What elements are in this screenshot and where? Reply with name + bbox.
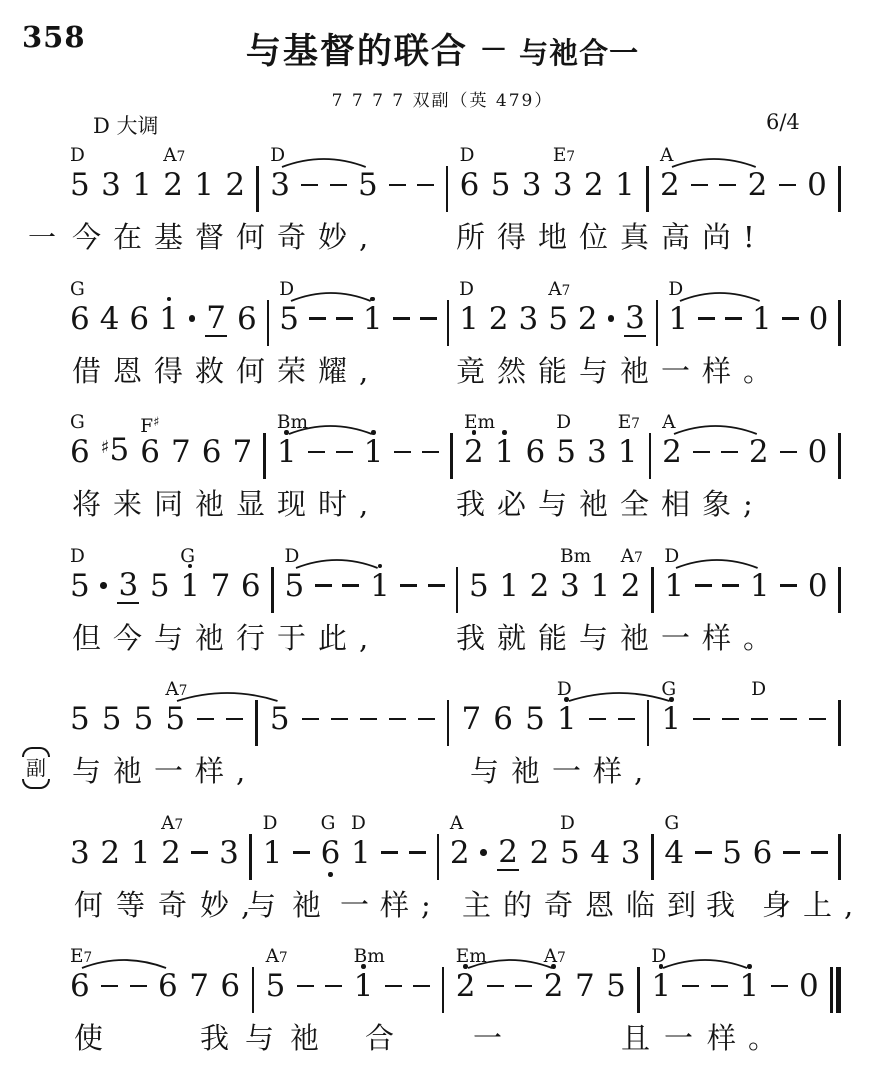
- note-1: 1: [651, 969, 671, 1003]
- lyric-row: 一今在基督何奇妙,所得地位真高尚!: [0, 217, 885, 263]
- lyric-text: 祂: [290, 1018, 331, 1058]
- note-6: 6: [241, 569, 261, 603]
- music-system-7: 6676512275110使我与祂合一且一样。E7A7BmEmA7D: [0, 947, 885, 1081]
- lyric-text: 使: [74, 1018, 115, 1058]
- note-digit: 5: [70, 168, 90, 202]
- note-1: 1: [618, 435, 638, 469]
- barline: [456, 567, 459, 613]
- chord-label: E7: [553, 146, 575, 167]
- note-2: 2: [489, 302, 509, 336]
- note-5: 5: [358, 168, 378, 202]
- duration-dash: [418, 718, 435, 721]
- barline: [649, 433, 652, 479]
- note-digit: 2: [100, 836, 120, 870]
- duration-dash: [422, 451, 439, 454]
- duration-dash: [693, 718, 710, 721]
- note-digit: 7: [189, 969, 209, 1003]
- note-digit: 5: [560, 836, 580, 870]
- barline: [271, 567, 274, 613]
- lyric-text: 祂: [292, 885, 333, 925]
- note-digit: 1: [590, 569, 610, 603]
- chord-label: E7: [618, 413, 640, 434]
- note-digit: 3: [522, 168, 542, 202]
- lyric-text: 身上,: [762, 885, 865, 925]
- tie-arc: [674, 555, 760, 570]
- note-digit: 6: [237, 302, 257, 336]
- duration-dash: [428, 584, 445, 587]
- note-digit: 1: [363, 302, 383, 336]
- note-0: 0: [799, 969, 819, 1003]
- note-5: 5: [165, 702, 185, 736]
- chord-extension: 7: [177, 149, 186, 165]
- marker-arc-bottom: [22, 779, 50, 789]
- note-1: 1: [351, 836, 371, 870]
- note-digit: 6: [460, 168, 480, 202]
- chord-extension: 7: [174, 817, 183, 833]
- note-digit: 0: [808, 435, 828, 469]
- note-digit: 1: [750, 569, 770, 603]
- note-digit: 1: [499, 569, 519, 603]
- note-digit: 7: [462, 702, 482, 736]
- note-2: 2: [584, 168, 604, 202]
- duration-dash: [780, 451, 797, 454]
- note-digit: 3: [621, 836, 641, 870]
- note-digit: 1: [739, 969, 759, 1003]
- note-3: 3: [587, 435, 607, 469]
- note-digit: 1: [180, 569, 200, 603]
- music-system-3: 6♯5676711216531220将来同祂显现时,我必与祂全相象;GF♯BmE…: [0, 413, 885, 547]
- duration-dash: [515, 985, 532, 988]
- note-digit: 2: [225, 168, 245, 202]
- note-digit: 1: [615, 168, 635, 202]
- note-digit: 2: [621, 569, 641, 603]
- barline: [637, 967, 640, 1013]
- note-digit: 3: [101, 168, 121, 202]
- tie-arc: [670, 154, 758, 169]
- duration-dash: [771, 985, 788, 988]
- note-digit: 5: [358, 168, 378, 202]
- duration-dash: [682, 985, 699, 988]
- note-2: 2: [621, 569, 641, 603]
- note-2: 2: [544, 969, 564, 1003]
- duration-dash: [130, 985, 147, 988]
- note-2: 2: [161, 836, 181, 870]
- note-digit: 0: [799, 969, 819, 1003]
- note-5: 5: [70, 702, 90, 736]
- duration-dash: [751, 718, 768, 721]
- duration-dash: [721, 451, 738, 454]
- chord-label: A7: [163, 146, 185, 167]
- note-1: 1: [557, 702, 577, 736]
- lyric-text: 等: [116, 885, 157, 925]
- note-1: 1: [194, 168, 214, 202]
- note-3: 3: [70, 836, 90, 870]
- note-digit: 5: [165, 702, 185, 736]
- note-digit: 2: [161, 836, 181, 870]
- duration-dash: [393, 317, 410, 320]
- duration-dash: [315, 584, 332, 587]
- lyric-text: 今在基督何奇: [72, 217, 318, 257]
- note-digit: 5: [606, 969, 626, 1003]
- music-system-1: 53121235653321220一今在基督何奇妙,所得地位真高尚!DA7DDE…: [0, 146, 885, 280]
- note-digit: 6: [202, 435, 222, 469]
- lyric-text: 主的奇恩临到: [462, 885, 708, 925]
- note-2: 2: [497, 835, 519, 871]
- lyric-text: 我: [706, 885, 747, 925]
- duration-dash: [780, 584, 797, 587]
- note-digit: 6: [526, 435, 546, 469]
- note-digit: 1: [364, 435, 384, 469]
- note-row: 5555576511: [70, 702, 841, 736]
- note-6: 6: [70, 435, 90, 469]
- note-5: 5: [722, 836, 742, 870]
- note-digit: 3: [553, 168, 573, 202]
- duration-dash: [385, 985, 402, 988]
- note-1: 1: [750, 569, 770, 603]
- barline: [263, 433, 266, 479]
- duration-dash: [101, 985, 118, 988]
- note-digit: 1: [351, 836, 371, 870]
- time-signature: 6/4: [766, 110, 800, 134]
- chord-label: G: [321, 814, 336, 834]
- duration-dash: [389, 184, 406, 187]
- note-digit: 7: [211, 569, 231, 603]
- chord-extension: 7: [279, 950, 288, 966]
- duration-dash: [336, 317, 353, 320]
- note-1: 1: [277, 435, 297, 469]
- barline: [252, 967, 255, 1013]
- barline: [447, 300, 450, 346]
- note-1: 1: [132, 168, 152, 202]
- note-3: 3: [553, 168, 573, 202]
- note-digit: 5: [102, 702, 122, 736]
- duration-dash: [618, 718, 635, 721]
- note-digit: 6: [70, 435, 90, 469]
- barline: [651, 567, 654, 613]
- note-6: 6: [460, 168, 480, 202]
- note-digit: 3: [117, 568, 139, 604]
- note-1: 1: [180, 569, 200, 603]
- duration-dash: [325, 985, 342, 988]
- duration-dash: [809, 718, 826, 721]
- chord-label: A7: [548, 280, 570, 301]
- note-digit: 1: [557, 702, 577, 736]
- note-1: 1: [495, 435, 515, 469]
- duration-dash: [342, 584, 359, 587]
- duration-dash: [589, 718, 606, 721]
- lyric-text: 耀,: [318, 351, 380, 391]
- duration-dash: [331, 718, 348, 721]
- chord-label: G: [70, 280, 85, 300]
- chord-sharp-icon: ♯: [153, 415, 159, 430]
- note-3: 3: [621, 836, 641, 870]
- duration-dash: [400, 584, 417, 587]
- note-digit: 5: [525, 702, 545, 736]
- duration-dash: [409, 851, 426, 854]
- tie-arc: [80, 955, 168, 970]
- duration-dash: [719, 184, 736, 187]
- note-6: 6: [493, 702, 513, 736]
- lyric-row: 将来同祂显现时,我必与祂全相象;: [0, 484, 885, 530]
- note-5: 5: [70, 569, 90, 603]
- note-6: 6: [129, 302, 149, 336]
- note-digit: 5: [722, 836, 742, 870]
- tie-arc: [294, 555, 380, 570]
- note-7: 7: [189, 969, 209, 1003]
- note-digit: 1: [263, 836, 283, 870]
- lyric-text: 何: [74, 885, 115, 925]
- chord-label: D: [556, 413, 571, 433]
- tie-arc: [567, 688, 672, 703]
- note-5: 5: [150, 569, 170, 603]
- note-7: 7: [211, 569, 231, 603]
- note-digit: 2: [660, 168, 680, 202]
- duration-dash: [695, 584, 712, 587]
- note-digit: 0: [807, 168, 827, 202]
- note-row: 53517651512312110: [70, 569, 841, 603]
- note-digit: 3: [624, 301, 646, 337]
- lyric-row: 借恩得救何荣耀,竟然能与祂一样。: [0, 351, 885, 397]
- duration-dash: [191, 851, 208, 854]
- note-digit: 1: [132, 168, 152, 202]
- duration-dash: [783, 851, 800, 854]
- chord-label: D: [351, 814, 366, 834]
- chord-label: A7: [266, 947, 288, 968]
- lyric-text: 一: [664, 1018, 705, 1058]
- note-digit: 3: [560, 569, 580, 603]
- note-digit: 5: [70, 569, 90, 603]
- note-3: 3: [101, 168, 121, 202]
- note-digit: 1: [618, 435, 638, 469]
- note-2: 2: [530, 569, 550, 603]
- hymn-sheet-page: { "page": { "background": "#ffffff", "in…: [0, 0, 885, 1081]
- chord-label: G: [180, 547, 195, 567]
- note-digit: 5: [134, 702, 154, 736]
- title-separator-dash: －: [479, 33, 507, 66]
- chord-label: G: [664, 814, 679, 834]
- note-digit: 6: [140, 435, 160, 469]
- note-6: 6: [70, 302, 90, 336]
- note-1: 1: [459, 302, 479, 336]
- duration-dash: [308, 451, 325, 454]
- augmentation-dot: [480, 849, 487, 856]
- lyric-text: 合: [365, 1018, 406, 1058]
- note-2: 2: [456, 969, 476, 1003]
- barline: [838, 166, 841, 212]
- duration-dash: [725, 317, 742, 320]
- note-1: 1: [668, 302, 688, 336]
- note-6: 6: [526, 435, 546, 469]
- note-4: 4: [100, 302, 120, 336]
- note-2: 2: [530, 836, 550, 870]
- duration-dash: [389, 718, 406, 721]
- note-digit: 1: [651, 969, 671, 1003]
- lyric-text: 象;: [702, 484, 765, 524]
- duration-dash: [698, 317, 715, 320]
- barline: [267, 300, 270, 346]
- chord-label: D: [263, 814, 278, 834]
- note-0: 0: [809, 302, 829, 336]
- note-digit: 6: [129, 302, 149, 336]
- duration-dash: [487, 985, 504, 988]
- chord-label: Bm: [354, 947, 385, 967]
- title-line: 与基督的联合 － 与祂合一: [0, 24, 885, 74]
- note-digit: 6: [493, 702, 513, 736]
- duration-dash: [695, 851, 712, 854]
- lyric-text: 我: [200, 1018, 241, 1058]
- duration-dash: [381, 851, 398, 854]
- note-digit: 3: [587, 435, 607, 469]
- note-1: 1: [370, 569, 390, 603]
- tie-arc: [287, 421, 374, 436]
- sharp-icon: ♯: [101, 437, 110, 458]
- note-digit: 3: [70, 836, 90, 870]
- note-digit: 4: [664, 836, 684, 870]
- lyric-text: 所得地位真高: [456, 217, 702, 257]
- note-5: 5: [548, 302, 568, 336]
- note-digit: 0: [809, 302, 829, 336]
- note-5: 5: [491, 168, 511, 202]
- note-digit: 1: [664, 569, 684, 603]
- tie-arc: [678, 288, 762, 303]
- note-1: 1: [615, 168, 635, 202]
- chord-extension: 7: [634, 550, 643, 566]
- duration-dash: [197, 718, 214, 721]
- note-digit: 2: [497, 835, 519, 871]
- duration-dash: [336, 451, 353, 454]
- lyric-text: 奇: [158, 885, 199, 925]
- octave-dot-above: [502, 430, 507, 435]
- note-digit: 1: [668, 302, 688, 336]
- chord-label: D: [459, 280, 474, 300]
- tie-arc: [466, 955, 554, 970]
- note-1: 1: [664, 569, 684, 603]
- note-6: 6: [753, 836, 773, 870]
- lyric-text: 此,: [318, 618, 380, 658]
- note-digit: 6: [220, 969, 240, 1003]
- tie-arc: [280, 154, 368, 169]
- note-5: 5: [279, 302, 299, 336]
- barline: [838, 567, 841, 613]
- note-2: 2: [163, 168, 183, 202]
- duration-dash: [301, 184, 318, 187]
- lyric-text: 与: [245, 1018, 286, 1058]
- final-barline: [830, 967, 841, 1013]
- lyric-text: 样;: [380, 885, 443, 925]
- lyric-text: 时,: [318, 484, 380, 524]
- key-signature-label: D 大调: [93, 110, 159, 140]
- note-row: 32123161222543456: [70, 836, 841, 870]
- note-digit: 5: [556, 435, 576, 469]
- note-0: 0: [808, 435, 828, 469]
- duration-dash: [360, 718, 377, 721]
- lyric-text: 但今与祂行于: [72, 618, 318, 658]
- duration-dash: [420, 317, 437, 320]
- note-1: 1: [354, 969, 374, 1003]
- note-digit: 2: [530, 569, 550, 603]
- chord-label: D: [70, 146, 85, 166]
- duration-dash: [417, 184, 434, 187]
- note-5: 5: [102, 702, 122, 736]
- note-5: ♯5: [101, 433, 129, 472]
- note-0: 0: [808, 569, 828, 603]
- barline: [838, 433, 841, 479]
- chord-label: F♯: [140, 413, 159, 437]
- chord-extension: 7: [566, 149, 575, 165]
- note-digit: 7: [232, 435, 252, 469]
- note-1: 1: [739, 969, 759, 1003]
- note-digit: 1: [459, 302, 479, 336]
- note-digit: 4: [590, 836, 610, 870]
- note-digit: 5: [469, 569, 489, 603]
- page-title: 与基督的联合: [246, 32, 468, 72]
- note-digit: 2: [450, 836, 470, 870]
- note-5: 5: [134, 702, 154, 736]
- lyric-text: 一: [340, 885, 381, 925]
- lyric-text: 我就能与祂一: [456, 618, 702, 658]
- barline: [838, 834, 841, 880]
- lyric-text: 与祂一样,: [470, 751, 655, 791]
- augmentation-dot: [189, 315, 196, 322]
- note-5: 5: [525, 702, 545, 736]
- music-system-6: 32123161222543456何等奇妙,与祂一样;主的奇恩临到我身上,A7D…: [0, 814, 885, 948]
- duration-dash: [293, 851, 310, 854]
- duration-dash: [330, 184, 347, 187]
- note-digit: 2: [456, 969, 476, 1003]
- note-digit: 2: [163, 168, 183, 202]
- note-5: 5: [469, 569, 489, 603]
- note-3: 3: [624, 301, 646, 337]
- duration-dash: [413, 985, 430, 988]
- note-3: 3: [270, 168, 290, 202]
- note-2: 2: [749, 435, 769, 469]
- duration-dash: [722, 584, 739, 587]
- lyric-row: 但今与祂行于此,我就能与祂一样。: [0, 618, 885, 664]
- barline: [256, 166, 259, 212]
- note-digit: 5: [70, 702, 90, 736]
- note-digit: 6: [70, 302, 90, 336]
- music-system-4: 53517651512312110但今与祂行于此,我就能与祂一样。DGDBmA7…: [0, 547, 885, 681]
- note-6: 6: [321, 836, 341, 870]
- tie-arc: [175, 688, 280, 703]
- note-5: 5: [606, 969, 626, 1003]
- duration-dash: [302, 718, 319, 721]
- duration-dash: [693, 451, 710, 454]
- note-digit: 2: [749, 435, 769, 469]
- note-digit: 5: [548, 302, 568, 336]
- barline: [442, 967, 445, 1013]
- note-digit: 1: [661, 702, 681, 736]
- note-1: 1: [499, 569, 519, 603]
- barline: [446, 166, 449, 212]
- note-5: 5: [266, 969, 286, 1003]
- lyric-row: 使我与祂合一且一样。: [0, 1018, 885, 1064]
- barline: [450, 433, 453, 479]
- chord-label: D: [751, 680, 766, 700]
- note-digit: 2: [464, 435, 484, 469]
- note-2: 2: [660, 168, 680, 202]
- note-digit: 1: [752, 302, 772, 336]
- chord-label: A: [450, 814, 463, 834]
- alternate-title: 与祂合一: [519, 36, 639, 70]
- note-digit: 7: [575, 969, 595, 1003]
- note-digit: 3: [219, 836, 239, 870]
- chord-label: A7: [161, 814, 183, 835]
- note-7: 7: [462, 702, 482, 736]
- duration-dash: [782, 317, 799, 320]
- note-6: 6: [70, 969, 90, 1003]
- note-3: 3: [219, 836, 239, 870]
